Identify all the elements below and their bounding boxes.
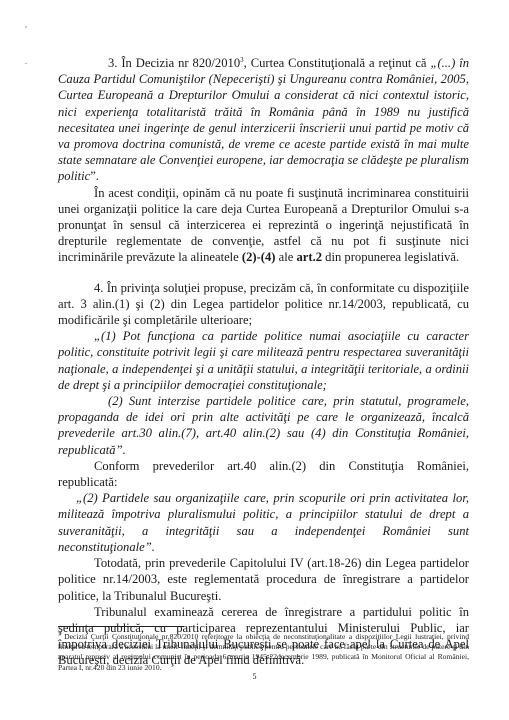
quote-law-art3-2: (2) Sunt interzise partidele politice ca… <box>58 393 469 458</box>
page-number: 5 <box>0 672 509 681</box>
para3b-end: din propunerea legislativă. <box>322 250 459 264</box>
margin-mark: . <box>25 57 27 66</box>
paragraph-conform: Conform prevederilor art.40 alin.(2) din… <box>58 458 469 490</box>
para3b-bold-article: art.2 <box>296 250 322 264</box>
paragraph-3: 3. În Decizia nr 820/20103, Curtea Const… <box>58 55 469 185</box>
document-body: 3. În Decizia nr 820/20103, Curtea Const… <box>58 55 469 669</box>
footnote: 3 Decizia Curţii Constituţionale nr.820/… <box>58 632 469 673</box>
paragraph-3b: În acest condiţii, opinăm că nu poate fi… <box>58 185 469 266</box>
paragraph-4: 4. În privinţa soluţiei propuse, preciză… <box>58 280 469 329</box>
para3-quote-end: ”. <box>90 169 99 183</box>
paragraph-totodata: Totodată, prin prevederile Capitolului I… <box>58 555 469 604</box>
para3-text: , Curtea Constituţională a reţinut că <box>244 56 431 70</box>
para3b-mid: ale <box>276 250 297 264</box>
para3-quote: „(...) în Cauza Partidul Comuniştilor (N… <box>58 56 469 183</box>
margin-mark: , <box>25 20 27 29</box>
quote-law-art3-1: „(1) Pot funcţiona ca partide politice n… <box>58 328 469 393</box>
para3-lead: 3. În Decizia nr 820/2010 <box>108 56 240 70</box>
quote-constitution-art40: „(2) Partidele sau organizaţiile care, p… <box>58 490 469 555</box>
footnote-text: Decizia Curţii Constituţionale nr.820/20… <box>58 632 469 672</box>
para3b-bold-alineate: (2)-(4) <box>242 250 276 264</box>
footnote-separator <box>58 626 184 627</box>
